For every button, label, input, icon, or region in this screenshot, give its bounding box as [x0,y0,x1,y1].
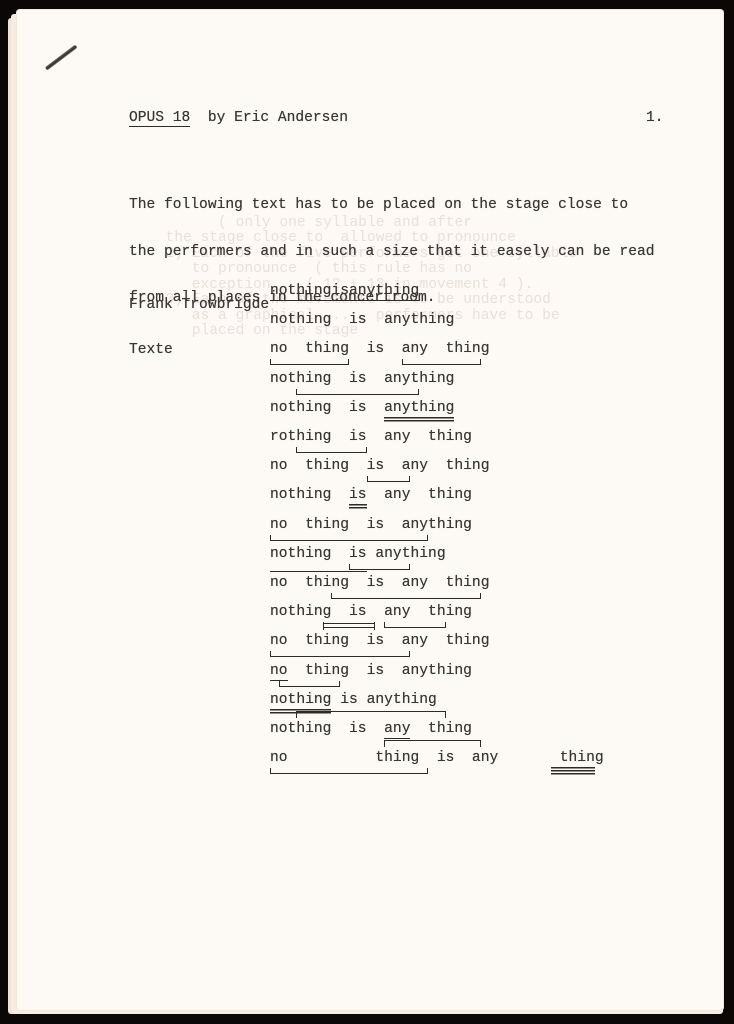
poem-line: nothing is any thing [270,487,472,503]
poem-line: nothing is anything [270,546,446,562]
bracket-below-mark [270,768,428,774]
poem-line: no thing is anything [270,517,472,533]
document-heading: OPUS 18 by Eric Andersen [129,110,348,126]
byline: by Eric Andersen [208,110,348,126]
underline-mark [270,300,419,301]
poem-line: nothing is anything [270,692,437,708]
poem-line: nothing is any thing [270,604,472,620]
paper-sheet [16,9,724,1011]
bracket-below-mark [296,447,366,453]
bracket-above-mark [323,623,376,630]
opus-title: OPUS 18 [129,110,190,127]
attribution: Frank Trowbrigde Texte [129,268,269,373]
double-underline-mark [384,417,454,423]
bracket-above-mark [296,711,445,718]
intro-line: The following text has to be placed on t… [129,198,654,214]
bracket-above-mark [384,740,481,747]
poem-line: nothing is anything [270,312,454,328]
poem-line: rothing is any thing [270,429,472,445]
double-underline-mark [349,504,367,510]
intro-line: the performers and in such a size that i… [129,245,654,261]
bracket-below-mark [384,622,445,628]
poem-line: nothing is anything [270,371,454,387]
poem-line: no thing is any thing [270,458,490,474]
bracket-below-mark [270,535,428,541]
attribution-name: Frank Trowbrigde [129,298,269,313]
poem-line: no thing is any thing [270,575,490,591]
poem-line: no thing is any thing [270,750,604,766]
bracket-below-mark [402,359,481,365]
poem-line: nothing is any thing [270,721,472,737]
underline-mark [384,738,410,739]
bracket-below-mark [331,593,480,599]
attribution-label: Texte [129,343,269,358]
poem-line: nothing is anything [270,400,454,416]
poem-line: nothingisanything [270,283,419,299]
bracket-below-mark [367,476,411,482]
poem-line: no thing is any thing [270,633,490,649]
poem-line: no thing is anything [270,663,472,679]
bracket-below-mark [296,389,419,395]
overline-mark [270,571,367,572]
page-number: 1. [646,110,664,126]
triple-underline-mark [551,767,595,776]
bracket-below-mark [270,359,349,365]
bracket-below-mark [270,651,410,657]
poem-line: no thing is any thing [270,341,490,357]
bracket-below-mark [349,564,410,570]
bracket-below-mark [279,681,340,687]
